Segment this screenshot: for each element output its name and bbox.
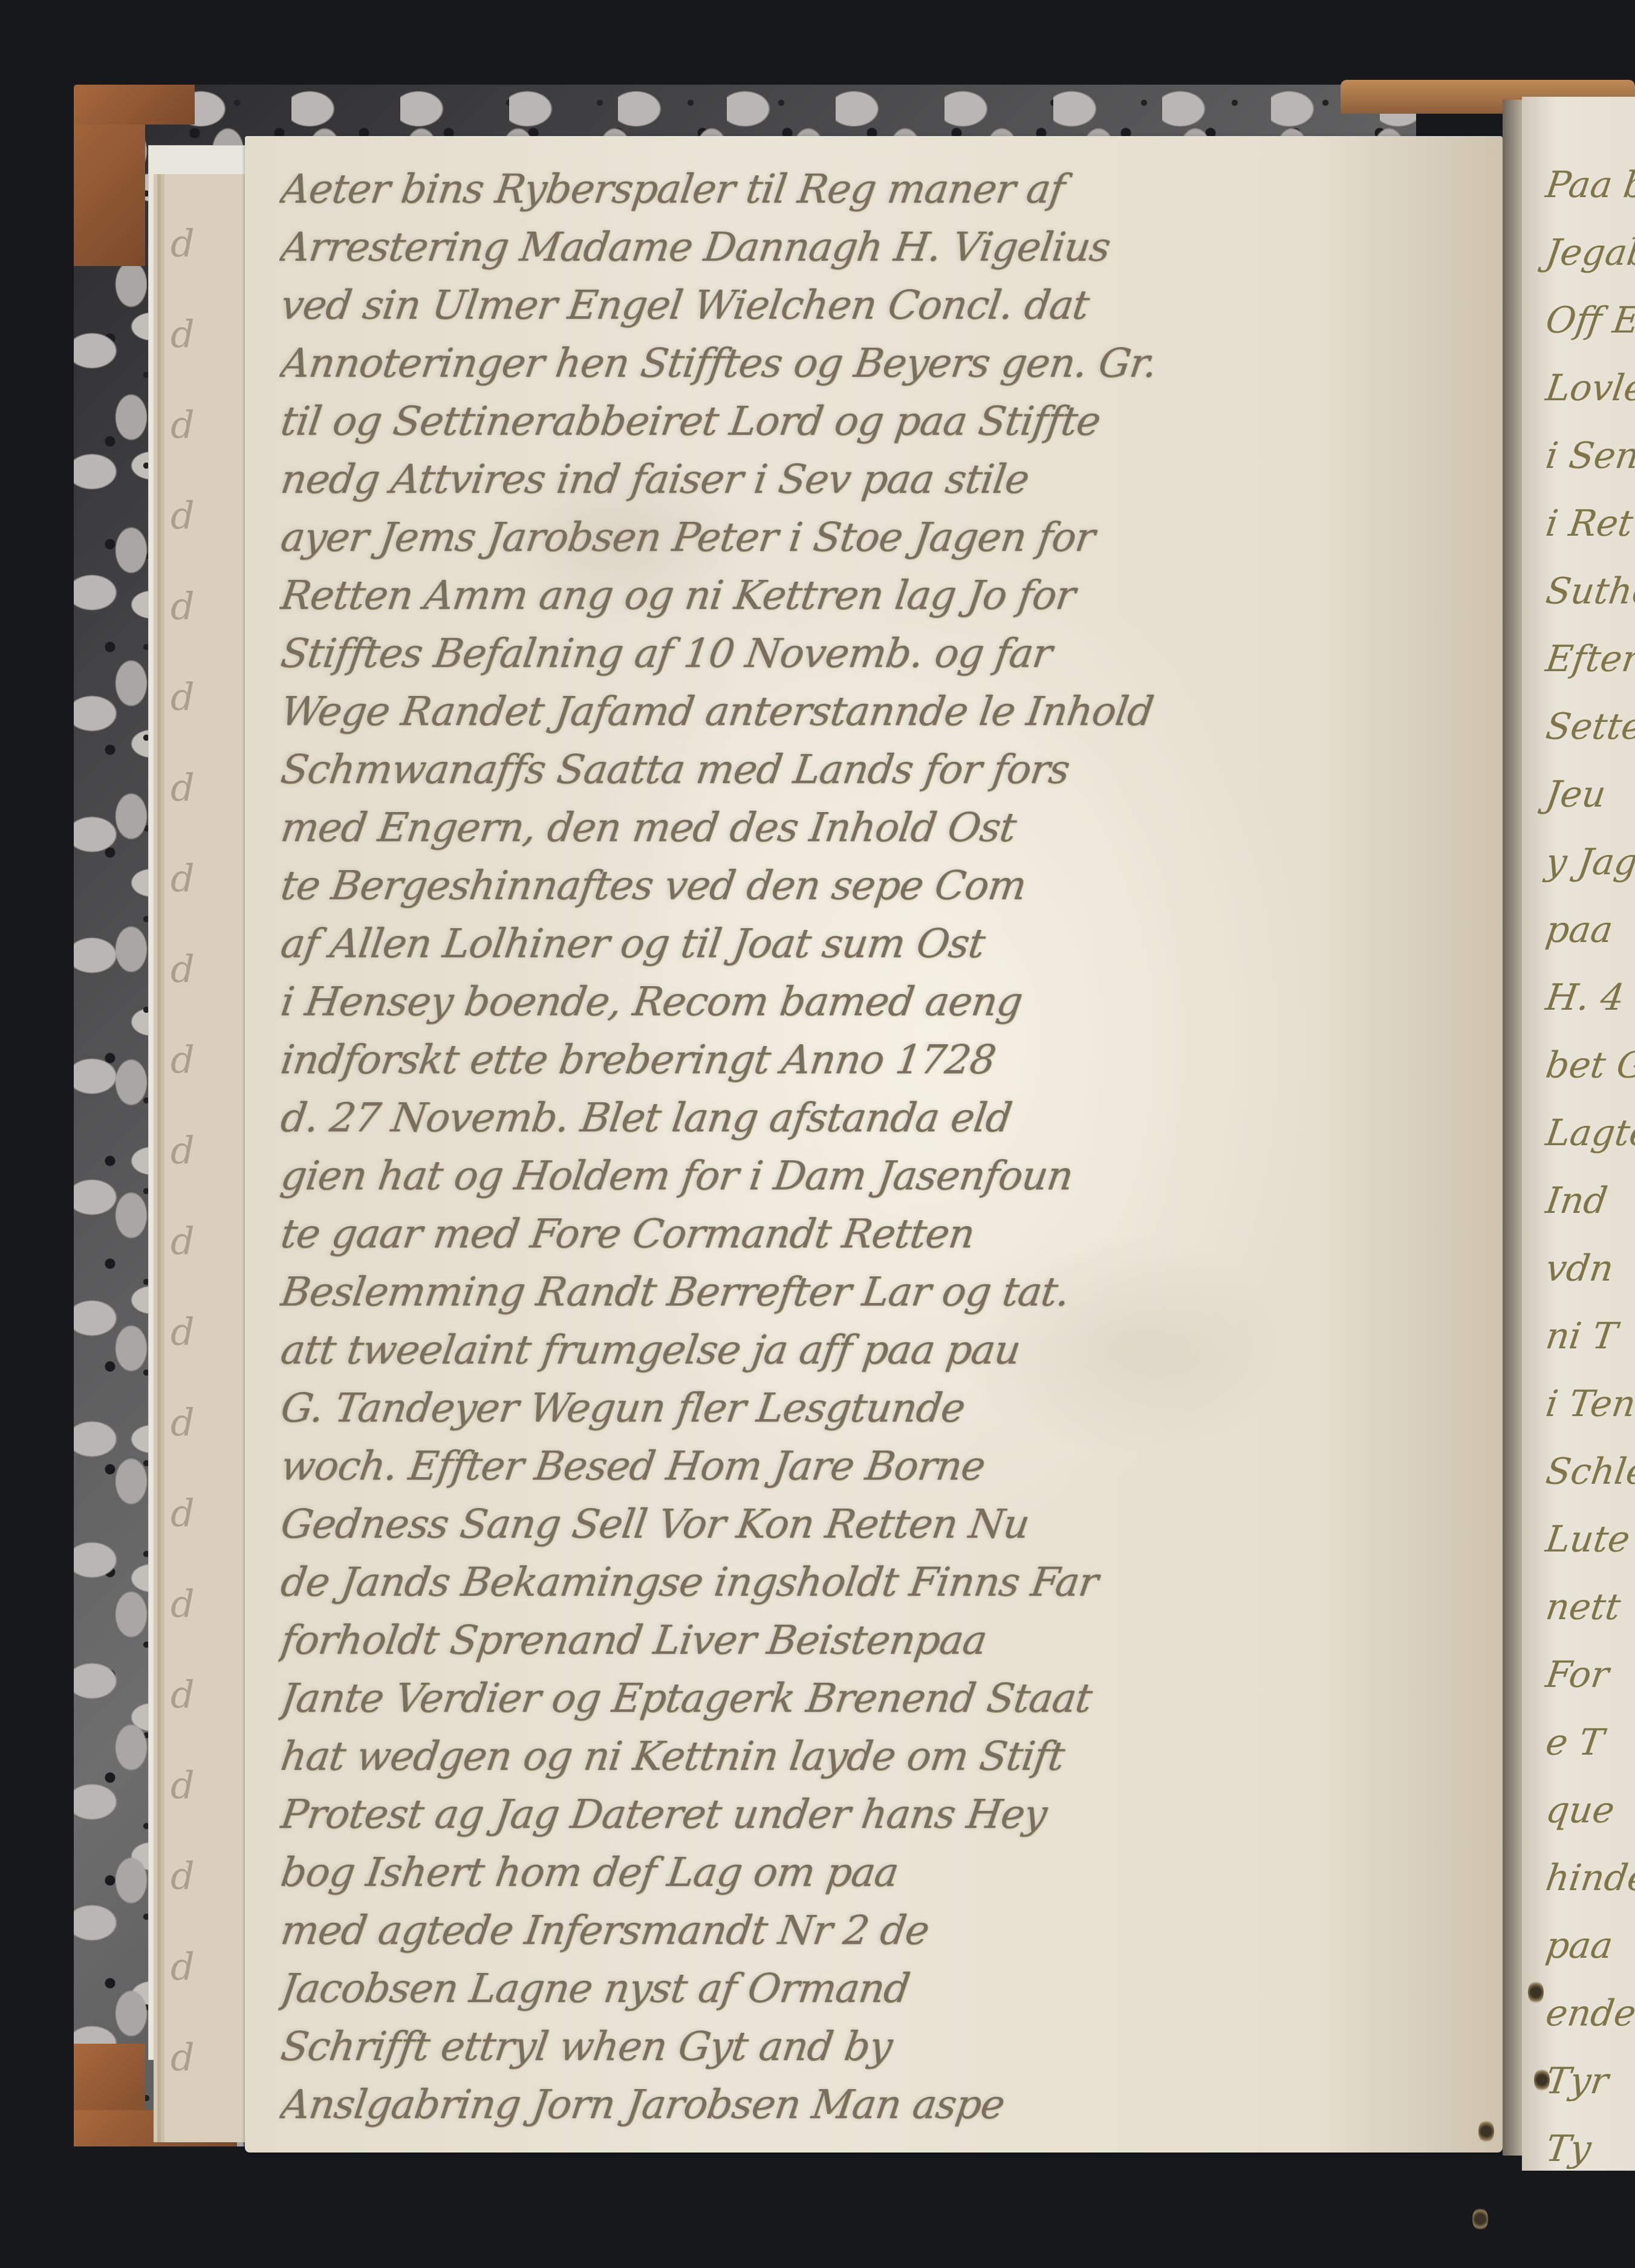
text-line: Annoteringer hen Stifftes og Beyers gen.… xyxy=(277,334,1470,392)
text-line: Schmwanaffs Saatta med Lands for fors xyxy=(277,741,1470,799)
right-text-line: i Seng xyxy=(1522,422,1635,490)
text-line: ved sin Ulmer Engel Wielchen Concl. dat xyxy=(277,276,1470,334)
text-line: de Jands Bekamingse ingsholdt Finns Far xyxy=(277,1553,1470,1611)
right-text-line: i Ret xyxy=(1522,490,1635,557)
right-text-line: paa xyxy=(1522,896,1635,964)
leather-corner-top-left-edge xyxy=(74,85,195,125)
text-line-anno-1728: indforskt ette breberingt Anno 1728 xyxy=(277,1031,1470,1089)
right-text-line: Lagte xyxy=(1522,1099,1635,1167)
text-line: nedg Attvires ind faiser i Sev paa stile xyxy=(277,450,1470,509)
text-line: att tweelaint frumgelse ja aff paa pau xyxy=(277,1321,1470,1379)
right-text-line: Lovlet xyxy=(1522,354,1635,422)
text-line: woch. Effter Besed Hom Jare Borne xyxy=(277,1437,1470,1495)
right-text-line: Off Ey xyxy=(1522,287,1635,354)
text-line: hat wedgen og ni Kettnin layde om Stift xyxy=(277,1727,1470,1785)
text-line: Beslemming Randt Berrefter Lar og tat. xyxy=(277,1263,1470,1321)
text-line: Aeter bins Ryberspaler til Reg maner af xyxy=(277,160,1470,218)
binding-hole xyxy=(1528,1980,1544,2004)
binding-hole xyxy=(1478,2119,1494,2143)
right-text-line: Schle xyxy=(1522,1438,1635,1506)
right-text-line: hinde xyxy=(1522,1844,1635,1912)
manuscript-right-page-fragment: Paa bej Jegab og Off Ey Lovlet i Seng i … xyxy=(1522,97,1635,2171)
right-text-line: For xyxy=(1522,1641,1635,1709)
text-line: Jacobsen Lagne nyst af Ormand xyxy=(277,1960,1470,2018)
right-text-line: paa xyxy=(1522,1912,1635,1980)
handwritten-text-block: Aeter bins Ryberspaler til Reg maner af … xyxy=(281,160,1466,2134)
text-line: Wege Randet Jafamd anterstannde le Inhol… xyxy=(277,683,1470,741)
text-line: af Allen Lolhiner og til Joat sum Ost xyxy=(277,915,1470,973)
binding-hole xyxy=(1534,2068,1550,2092)
text-line: Anslgabring Jorn Jarobsen Man aspe xyxy=(277,2076,1470,2134)
text-line: ayer Jems Jarobsen Peter i Stoe Jagen fo… xyxy=(277,509,1470,567)
text-line: Stifftes Befalning af 10 Novemb. og far xyxy=(277,625,1470,683)
manuscript-left-page: Aeter bins Ryberspaler til Reg maner af … xyxy=(245,136,1503,2153)
right-text-line: e T xyxy=(1522,1709,1635,1776)
right-text-line: H. 4 xyxy=(1522,964,1635,1032)
text-line: Gedness Sang Sell Vor Kon Retten Nu xyxy=(277,1495,1470,1553)
right-text-line: Jeu xyxy=(1522,761,1635,828)
right-text-line: Jegab og xyxy=(1522,219,1635,287)
text-line: til og Settinerabbeiret Lord og paa Stif… xyxy=(277,392,1470,450)
text-line: gien hat og Holdem for i Dam Jasenfoun xyxy=(277,1147,1470,1205)
right-text-line: nett xyxy=(1522,1573,1635,1641)
text-line: med agtede Infersmandt Nr 2 de xyxy=(277,1902,1470,1960)
text-line: bog Ishert hom def Lag om paa xyxy=(277,1844,1470,1902)
binding-hole xyxy=(1472,2207,1488,2231)
text-line: te gaar med Fore Cormandt Retten xyxy=(277,1205,1470,1263)
right-text-line: Lute xyxy=(1522,1506,1635,1573)
right-text-line: bet G. xyxy=(1522,1032,1635,1099)
text-line: G. Tandeyer Wegun fler Lesgtunde xyxy=(277,1379,1470,1437)
text-line-date: d. 27 Novemb. Blet lang afstanda eld xyxy=(277,1089,1470,1147)
right-text-line: que xyxy=(1522,1776,1635,1844)
text-line: i Hensey boende, Recom bamed aeng xyxy=(277,973,1470,1031)
text-line: forholdt Sprenand Liver Beistenpaa xyxy=(277,1611,1470,1669)
text-line: Arrestering Madame Dannagh H. Vigelius xyxy=(277,218,1470,276)
right-text-line: ni T xyxy=(1522,1302,1635,1370)
right-text-line: vdn xyxy=(1522,1235,1635,1302)
right-text-line: i Ten xyxy=(1522,1370,1635,1438)
text-line: Protest ag Jag Dateret under hans Hey xyxy=(277,1785,1470,1844)
underlying-page-margin-text: d d d d d d d d d d d d d d d d d d d d … xyxy=(171,198,207,2103)
right-text-line: Paa bej xyxy=(1522,151,1635,219)
right-text-line: y Jag xyxy=(1522,828,1635,896)
book-gutter xyxy=(1503,100,1522,2156)
text-line: te Bergeshinnaftes ved den sepe Com xyxy=(277,857,1470,915)
text-line: Schrifft ettryl when Gyt and by xyxy=(277,2018,1470,2076)
text-line: Retten Amm ang og ni Kettren lag Jo for xyxy=(277,567,1470,625)
right-text-line: Suthe xyxy=(1522,557,1635,625)
right-text-line: Efter xyxy=(1522,625,1635,693)
right-text-line: Setter xyxy=(1522,693,1635,761)
right-text-line: Ind xyxy=(1522,1167,1635,1235)
text-line: Jante Verdier og Eptagerk Brenend Staat xyxy=(277,1669,1470,1727)
right-text-line: Ty xyxy=(1522,2115,1635,2171)
text-line: med Engern, den med des Inhold Ost xyxy=(277,799,1470,857)
